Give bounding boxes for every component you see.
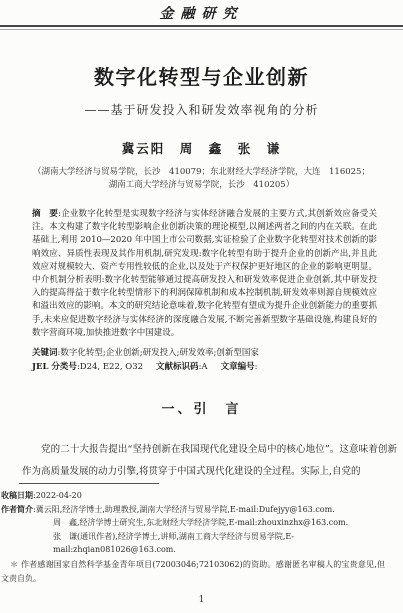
received-date-label: 收稿日期: [1, 490, 33, 500]
doc-code-value: :A: [199, 362, 208, 372]
keywords-label: 关键词: [32, 348, 58, 358]
section-heading-introduction: 一、引 言: [0, 398, 403, 417]
article-no-value: :: [255, 362, 258, 372]
journal-page: 金融研究 数字化转型与企业创新 ——基于研发投入和研发效率视角的分析 冀云阳 周…: [0, 0, 403, 613]
doc-code-label: 文献标识码: [156, 362, 199, 372]
page-number: 1: [0, 594, 403, 608]
affiliation-line-2: 湖南工商大学经济与贸易学院，长沙 410205）: [0, 179, 403, 192]
article-title: 数字化转型与企业创新: [0, 61, 403, 90]
masthead-divider: [0, 25, 403, 30]
author-bio-line-1: 作者简介:冀云阳,经济学博士,助理教授,湖南大学经济与贸易学院,E-mail:D…: [1, 503, 395, 517]
author-bio-line-2: 周 鑫,经济学博士研究生,东北财经大学经济学院,E-mail:zhouxinzh…: [1, 516, 395, 530]
affiliation-line-1: （湖南大学经济与贸易学院，长沙 410079；东北财经大学经济学院，大连 116…: [0, 166, 403, 179]
footnote-area: 收稿日期:2022-04-20 作者简介:冀云阳,经济学博士,助理教授,湖南大学…: [0, 481, 403, 613]
author-affiliations: （湖南大学经济与贸易学院，长沙 410079；东北财经大学经济学院，大连 116…: [0, 166, 403, 192]
journal-masthead: 金融研究: [0, 0, 403, 23]
keywords-text: :数字化转型;企业创新;研发投入;研发效率;创新型国家: [58, 348, 259, 358]
body-paragraph: 党的二十大报告提出“坚持创新在我国现代化建设全局中的核心地位”。这意味着创新作为…: [22, 439, 397, 483]
author-names: 冀云阳 周 鑫 张 谦: [0, 139, 403, 157]
jel-line: JEL 分类号:D24, E22, O32文献标识码:A文章编号:: [32, 361, 377, 374]
jel-label: JEL 分类号: [32, 362, 77, 372]
abstract-paragraph: 摘 要:企业数字化转型是实现数字经济与实体经济融合发展的主要方式,其创新效应备受…: [32, 208, 377, 340]
received-date-value: :2022-04-20: [33, 491, 82, 500]
article-no-label: 文章编号: [221, 362, 255, 372]
author-bio-label: 作者简介: [1, 504, 33, 514]
author-bio-1: :冀云阳,经济学博士,助理教授,湖南大学经济与贸易学院,E-mail:Dufej…: [33, 505, 335, 514]
funding-acknowledgement: ＊ 作者感谢国家自然科学基金青年项目(72003046;72103062)的资助…: [1, 558, 395, 585]
footnote-separator: [19, 483, 159, 484]
abstract-block: 摘 要:企业数字化转型是实现数字经济与实体经济融合发展的主要方式,其创新效应备受…: [32, 208, 377, 374]
keywords-line: 关键词:数字化转型;企业创新;研发投入;研发效率;创新型国家: [32, 347, 377, 360]
abstract-label: 摘 要: [32, 209, 58, 219]
received-date-line: 收稿日期:2022-04-20: [1, 489, 395, 503]
jel-codes: :D24, E22, O32: [77, 362, 143, 372]
footnote-lines: 收稿日期:2022-04-20 作者简介:冀云阳,经济学博士,助理教授,湖南大学…: [0, 481, 403, 585]
abstract-text: :企业数字化转型是实现数字经济与实体经济融合发展的主要方式,其创新效应备受关注。…: [32, 209, 377, 338]
author-bio-line-3: 张 谦(通讯作者),经济学博士,讲师,湖南工商大学经济与贸易学院,E-mail:…: [1, 530, 395, 557]
article-subtitle: ——基于研发投入和研发效率视角的分析: [0, 101, 403, 118]
